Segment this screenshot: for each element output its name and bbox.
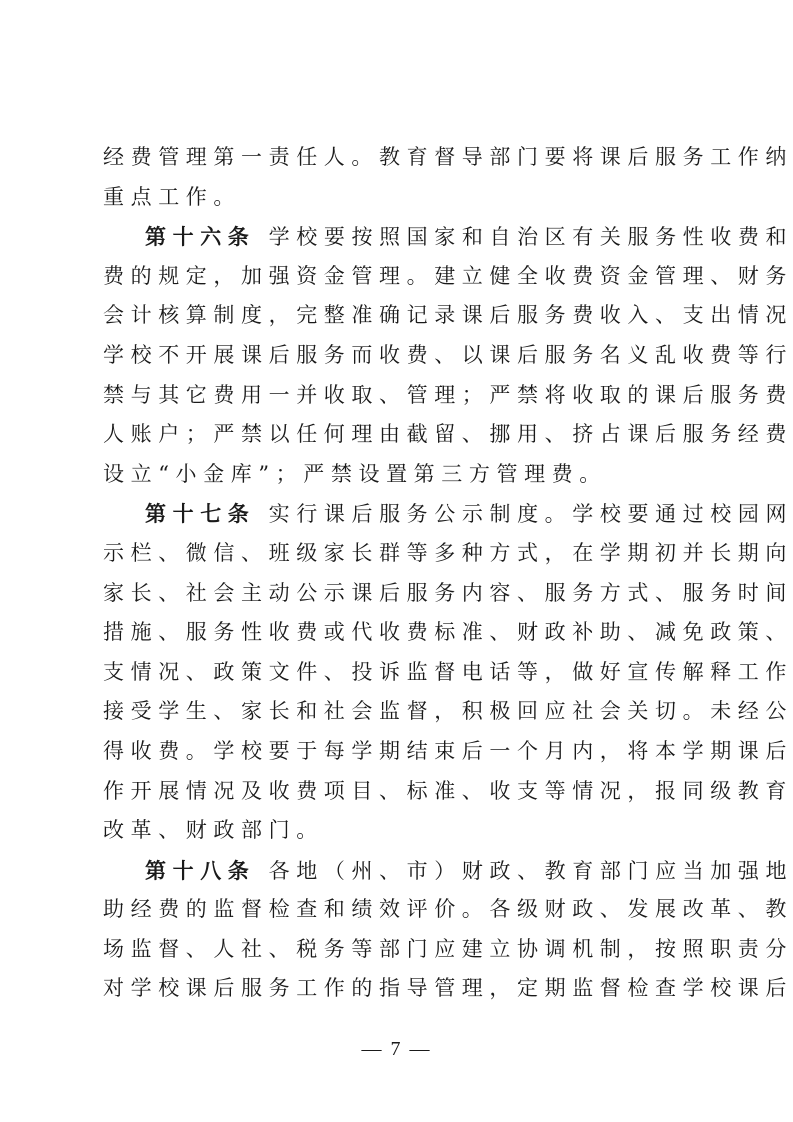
document-body: 经费管理第一责任人。教育督导部门要将课后服务工作纳入督导 重点工作。 第十六条 … [103,138,693,1009]
text-line: 设立“小金库”；严禁设置第三方管理费。 [103,455,693,495]
text-line: 禁与其它费用一并收取、管理；严禁将收取的课后服务费存入个 [103,376,693,416]
text-span: 学校要按照国家和自治区有关服务性收费和代收 [255,225,793,249]
text-line: 措施、服务性收费或代收费标准、财政补助、减免政策、经费开 [103,613,693,653]
text-line: 示栏、微信、班级家长群等多种方式，在学期初并长期向学生、 [103,534,693,574]
article-number: 第十六条 [145,224,255,249]
article-number: 第十八条 [145,858,255,883]
text-line: 学校不开展课后服务而收费、以课后服务名义乱收费等行为；严 [103,336,693,376]
text-line: 经费管理第一责任人。教育督导部门要将课后服务工作纳入督导 [103,138,693,178]
article-18-heading-line: 第十八条 各地（州、市）财政、教育部门应当加强地方补 [103,851,693,891]
text-line: 会计核算制度，完整准确记录课后服务费收入、支出情况。严禁 [103,296,693,336]
text-line: 接受学生、家长和社会监督，积极回应社会关切。未经公示，不 [103,692,693,732]
text-line: 得收费。学校要于每学期结束后一个月内，将本学期课后服务工 [103,732,693,772]
text-line: 场监督、人社、税务等部门应建立协调机制，按照职责分工加强 [103,930,693,970]
text-line: 作开展情况及收费项目、标准、收支等情况，报同级教育、发展 [103,772,693,812]
article-17-heading-line: 第十七条 实行课后服务公示制度。学校要通过校园网、公 [103,494,693,534]
text-line: 对学校课后服务工作的指导管理，定期监督检查学校课后服务经 [103,969,693,1009]
page-number: — 7 — [0,1038,793,1061]
text-line: 支情况、政策文件、投诉监督电话等，做好宣传解释工作，自觉 [103,653,693,693]
text-span: 实行课后服务公示制度。学校要通过校园网、公 [255,502,793,526]
text-line: 费的规定，加强资金管理。建立健全收费资金管理、财务管理和 [103,257,693,297]
article-16-heading-line: 第十六条 学校要按照国家和自治区有关服务性收费和代收 [103,217,693,257]
text-line: 助经费的监督检查和绩效评价。各级财政、发展改革、教育、市 [103,890,693,930]
text-span: 各地（州、市）财政、教育部门应当加强地方补 [255,859,793,883]
text-line: 家长、社会主动公示课后服务内容、服务方式、服务时间、安全 [103,574,693,614]
text-line: 人账户；严禁以任何理由截留、挪用、挤占课后服务经费；严禁 [103,415,693,455]
article-number: 第十七条 [145,501,255,526]
text-line: 重点工作。 [103,178,693,218]
text-line: 改革、财政部门。 [103,811,693,851]
